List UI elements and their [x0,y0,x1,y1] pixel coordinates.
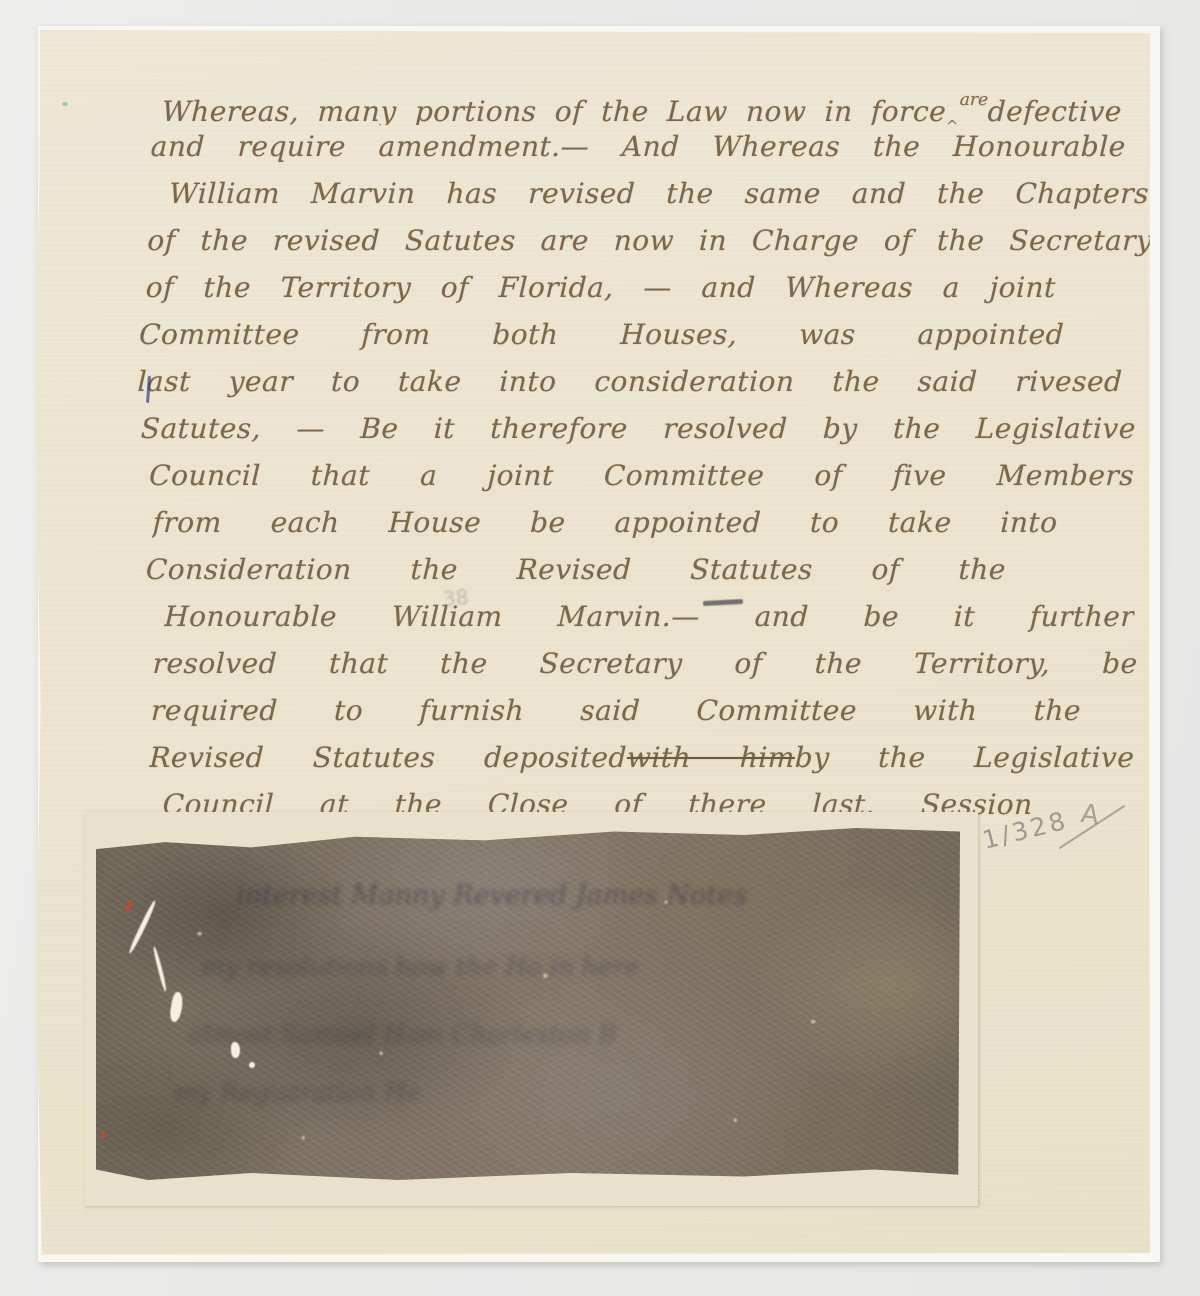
line-text: by the Legislative [794,741,1135,774]
struck-words: with him [626,741,795,774]
manuscript-line: Revised Statutes depositedwith himby the… [149,736,1136,783]
manuscript-line: and require amendment.— And Whereas the … [150,125,1127,172]
manuscript-line: Consideration the Revised Statutes of th… [145,548,1007,595]
line-text: resolved that the Secretary of the Terri… [152,647,1138,680]
line-text: Satutes, — Be it therefore resolved by t… [140,412,1136,445]
line-text: Whereas, many portions of the Law now in… [161,95,946,125]
line-text: of the Territory of Florida, — and Where… [145,271,1056,304]
faint-pencil-smudge: 38 [442,585,470,612]
manuscript-line: from each House be appointed to take int… [152,501,1059,548]
manuscript-line: of the Territory of Florida, — and Where… [145,266,1057,313]
manuscript-line: Committee from both Houses, was appointe… [138,313,1065,360]
handwriting-block: Whereas, many portions of the Law now in… [122,78,1160,830]
line-text: Committee from both Houses, was appointe… [139,318,1065,351]
manuscript-line: Honourable William Marvin.— and be it fu… [163,595,1135,642]
tear-mark [231,1042,240,1058]
inserted-word: are [959,90,988,110]
line-text: required to furnish said Committee with … [150,694,1081,727]
pasted-dark-patch [96,828,960,1180]
tear-mark [249,1062,255,1068]
manuscript-line: Whereas, many portions of the Law now in… [161,78,1123,125]
line-text: Honourable William Marvin.— and be it fu… [164,600,1135,633]
line-text: William Marvin has revised the same and … [169,177,1150,210]
manuscript-line: resolved that the Secretary of the Terri… [152,642,1139,689]
line-text: Consideration the Revised Statutes of th… [145,553,1006,586]
teal-ink-speck [62,102,68,106]
manuscript-line: required to furnish said Committee with … [150,689,1082,736]
line-text: and require amendment.— And Whereas the … [150,130,1126,163]
manuscript-paper: Whereas, many portions of the Law now in… [35,30,1150,1256]
manuscript-line: last year to take into consideration the… [137,360,1124,407]
manuscript-line: Council that a joint Committee of five M… [148,454,1135,501]
manuscript-line: William Marvin has revised the same and … [168,172,1150,219]
red-fiber-mark [101,1133,107,1138]
line-text: Council that a joint Committee of five M… [149,459,1135,492]
manuscript-line: of the revised Satutes are now in Charge… [147,219,1154,266]
line-text: of the revised Satutes are now in Charge… [147,224,1153,257]
scanned-document: { "scan": { "background_color": "#e8e8e7… [0,0,1200,1296]
line-text: from each House be appointed to take int… [152,506,1058,539]
line-text: defective [987,95,1122,125]
line-text: Revised Statutes deposited [149,741,628,774]
line-text: last year to take into consideration the… [137,365,1123,398]
caret-mark: ^ [946,117,960,125]
manuscript-line: Satutes, — Be it therefore resolved by t… [140,407,1137,454]
